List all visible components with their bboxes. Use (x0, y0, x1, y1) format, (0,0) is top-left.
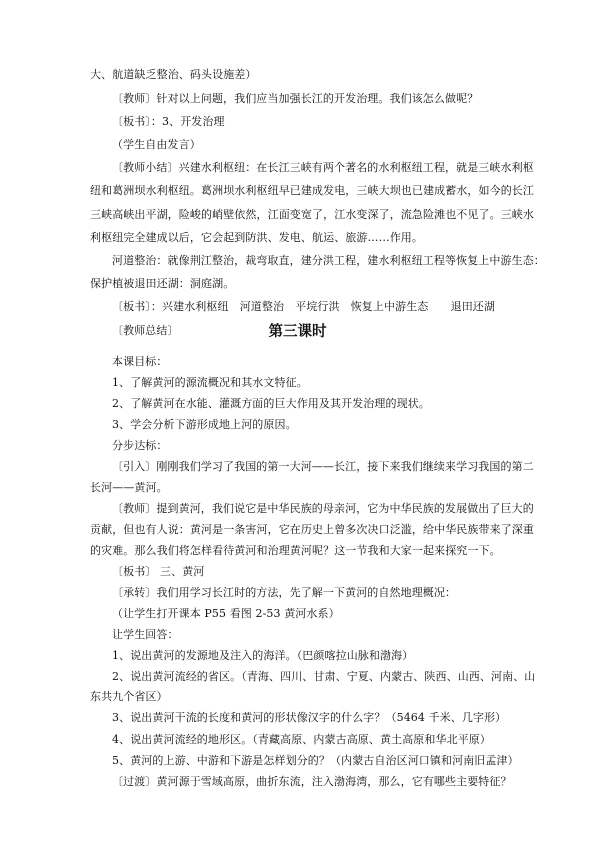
text-line: 长河——黄河。 (90, 481, 168, 495)
text-line: 4、说出黄河流经的地形区。（青藏高原、内蒙古高原、黄土高原和华北平原） (112, 733, 491, 747)
text-line: 2、说出黄河流经的省区。（青海、四川、甘肃、宁夏、内蒙古、陕西、山西、河南、山 (112, 670, 535, 684)
text-line: （学生自由发言） (112, 138, 201, 152)
text-line: 大、航道缺乏整治、码头设施差） (90, 68, 257, 82)
text-line: 贡献，但也有人说：黄河是一条害河，它在历史上曾多次决口泛滥，给中华民族带来了深重 (90, 523, 534, 537)
text-line: 3、学会分析下游形成地上河的原因。 (112, 418, 297, 432)
text-line: 纽和葛洲坝水利枢纽。葛洲坝水利枢纽早已建成发电，三峡大坝也已建成蓄水，如今的长江 (90, 184, 534, 198)
text-line: 2、了解黄河在水能、灌溉方面的巨大作用及其开发治理的现状。 (112, 397, 430, 411)
text-line: 〔教师〕针对以上问题，我们应当加强长江的开发治理。我们该怎么做呢？ (112, 92, 478, 106)
text-line: 分步达标： (112, 439, 168, 453)
text-line: 〔板书〕 三、黄河 (112, 565, 204, 579)
text-line: 5、黄河的上游、中游和下游是怎样划分的？（内蒙古自治区河口镇和河南旧孟津） (112, 754, 519, 768)
text-line: 让学生回答： (112, 628, 179, 642)
text-line: 〔承转〕我们用学习长江时的方法，先了解一下黄河的自然地理概况： (112, 586, 456, 600)
text-line: 河道整治：就像荆江整治，裁弯取直，建分洪工程，建水利枢纽工程等恢复上中游生态： (112, 254, 545, 268)
text-line: 东共九个省区） (90, 690, 168, 704)
text-line: 利枢纽完全建成以后，它会起到防洪、发电、航运、旅游……作用。 (90, 231, 423, 245)
text-line: 〔引入〕刚刚我们学习了我国的第一大河——长江，接下来我们继续来学习我国的第二 (112, 460, 534, 474)
text-line: 3、说出黄河干流的长度和黄河的形状像汉字的什么字？（5464 千米、几字形） (112, 711, 506, 725)
text-line: 1、说出黄河的发源地及注入的海洋。（巴颜喀拉山脉和渤海） (112, 649, 413, 663)
text-line: 保护植被退田还湖：洞庭湖。 (90, 277, 234, 291)
text-line: 的灾难。那么我们将怎样看待黄河和治理黄河呢？这一节我和大家一起来探究一下。 (90, 544, 501, 558)
text-line: （让学生打开课本 P55 看图 2-53 黄河水系） (112, 607, 340, 621)
document-page: 大、航道缺乏整治、码头设施差）〔教师〕针对以上问题，我们应当加强长江的开发治理。… (0, 0, 595, 842)
text-line: 〔板书〕：3、开发治理 (112, 115, 225, 129)
text-line: 1、了解黄河的源流概况和其水文特征。 (112, 376, 308, 390)
text-line: 〔教师〕提到黄河，我们说它是中华民族的母亲河，它为中华民族的发展做出了巨大的 (112, 502, 534, 516)
text-line: 本课目标： (112, 355, 168, 369)
text-line: 〔过渡〕黄河源于雪域高原，曲折东流，注入渤海湾，那么，它有哪些主要特征？ (112, 775, 512, 789)
text-line: 〔板书〕：兴建水利枢纽 河道整治 平垸行洪 恢复上中游生态 退田还湖 (112, 300, 495, 314)
text-line: 三峡高峡出平湖，险峻的峭壁依然，江面变宽了，江水变深了，流急险滩也不见了。三峡水 (90, 208, 534, 222)
section-title: 第三课时 (0, 320, 595, 341)
text-line: 〔教师小结〕兴建水利枢纽：在长江三峡有两个著名的水利枢纽工程，就是三峡水利枢 (112, 161, 534, 175)
